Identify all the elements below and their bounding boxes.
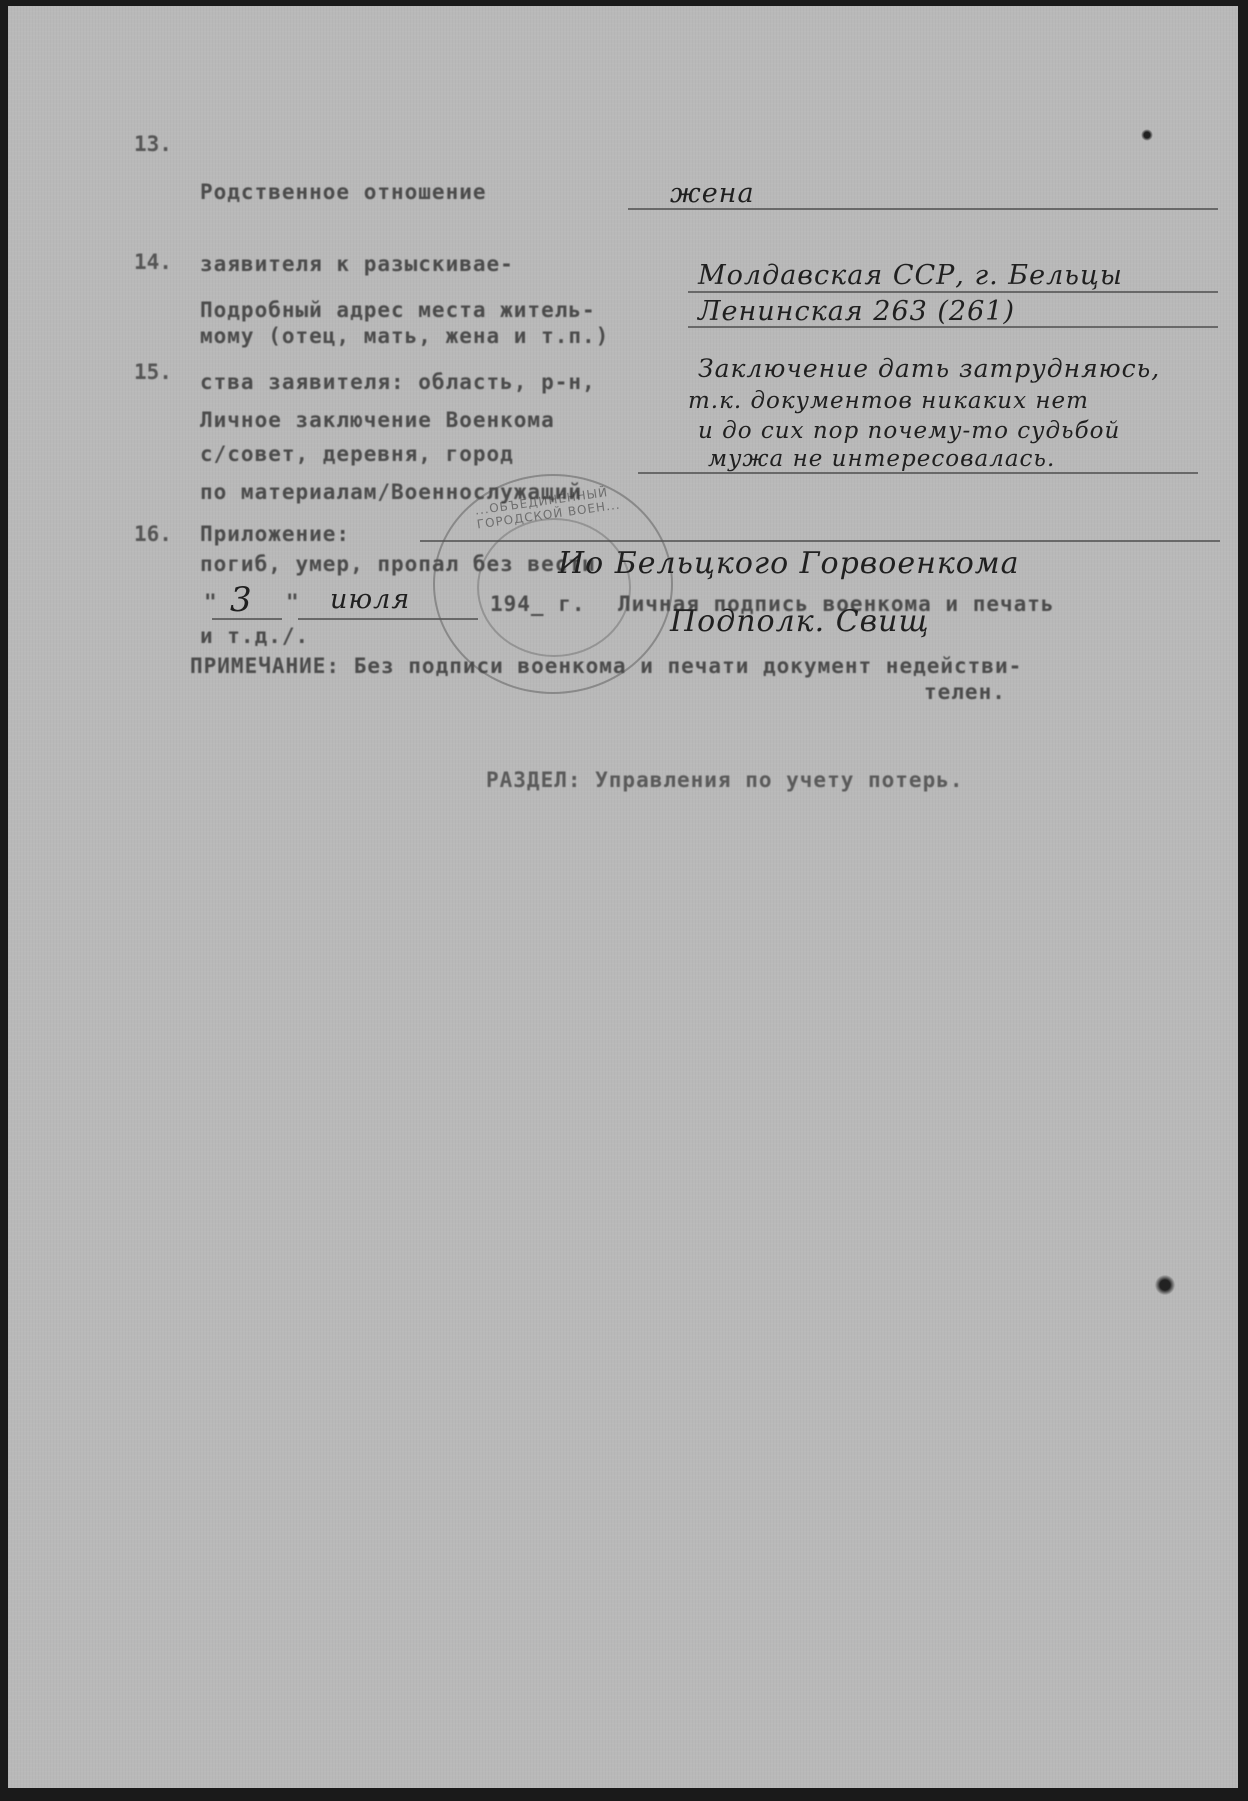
item-14-number: 14. [134,250,172,274]
seal-emblem-ring [477,518,631,657]
note-line-2: телен. [924,680,1006,704]
date-close-quote: " [286,590,300,614]
footer-department: РАЗДЕЛ: Управления по учету потерь. [486,768,964,792]
item-13-number: 13. [134,132,172,156]
item-15-value-line-3: и до сих пор почему-то судьбой [698,418,1120,444]
paper-tear-mark [1152,1274,1178,1296]
document-page: 13. Родственное отношение заявителя к ра… [8,6,1238,1788]
item-14-label-line: Подробный адрес места житель- [200,298,596,322]
item-13-label-line: Родственное отношение [200,180,609,204]
item-14-value-line-2: Ленинская 263 (261) [698,296,1015,327]
item-14-underline-2 [688,326,1218,328]
item-14-underline-1 [688,291,1218,293]
note-line-1: ПРИМЕЧАНИЕ: Без подписи военкома и печат… [190,654,1022,678]
date-day: 3 [230,580,253,620]
signature-line-2: Подполк. Свищ [670,604,929,639]
item-15-label-line: Личное заключение Военкома [200,408,596,432]
item-16-label: Приложение: [200,522,350,546]
item-15-value-line-1: Заключение дать затрудняюсь, [698,354,1160,383]
date-open-quote: " [204,590,218,614]
item-15-value-line-2: т.к. документов никаких нет [688,388,1089,414]
date-month: июля [330,584,410,615]
date-month-underline [298,618,478,620]
paper-hole-mark [1140,128,1154,142]
date-year: 194_ г. [490,592,586,616]
date-day-underline [212,618,282,620]
item-15-value-line-4: мужа не интересовалась. [708,446,1055,472]
signature-line-1: Ио Бельцкого Горвоенкома [558,546,1020,581]
item-15-number: 15. [134,360,172,384]
item-14-value-line-1: Молдавская ССР, г. Бельцы [698,260,1123,291]
item-13-value: жена [670,178,755,209]
item-15-underline [638,472,1198,474]
item-13-underline [628,208,1218,210]
item-16-number: 16. [134,522,172,546]
